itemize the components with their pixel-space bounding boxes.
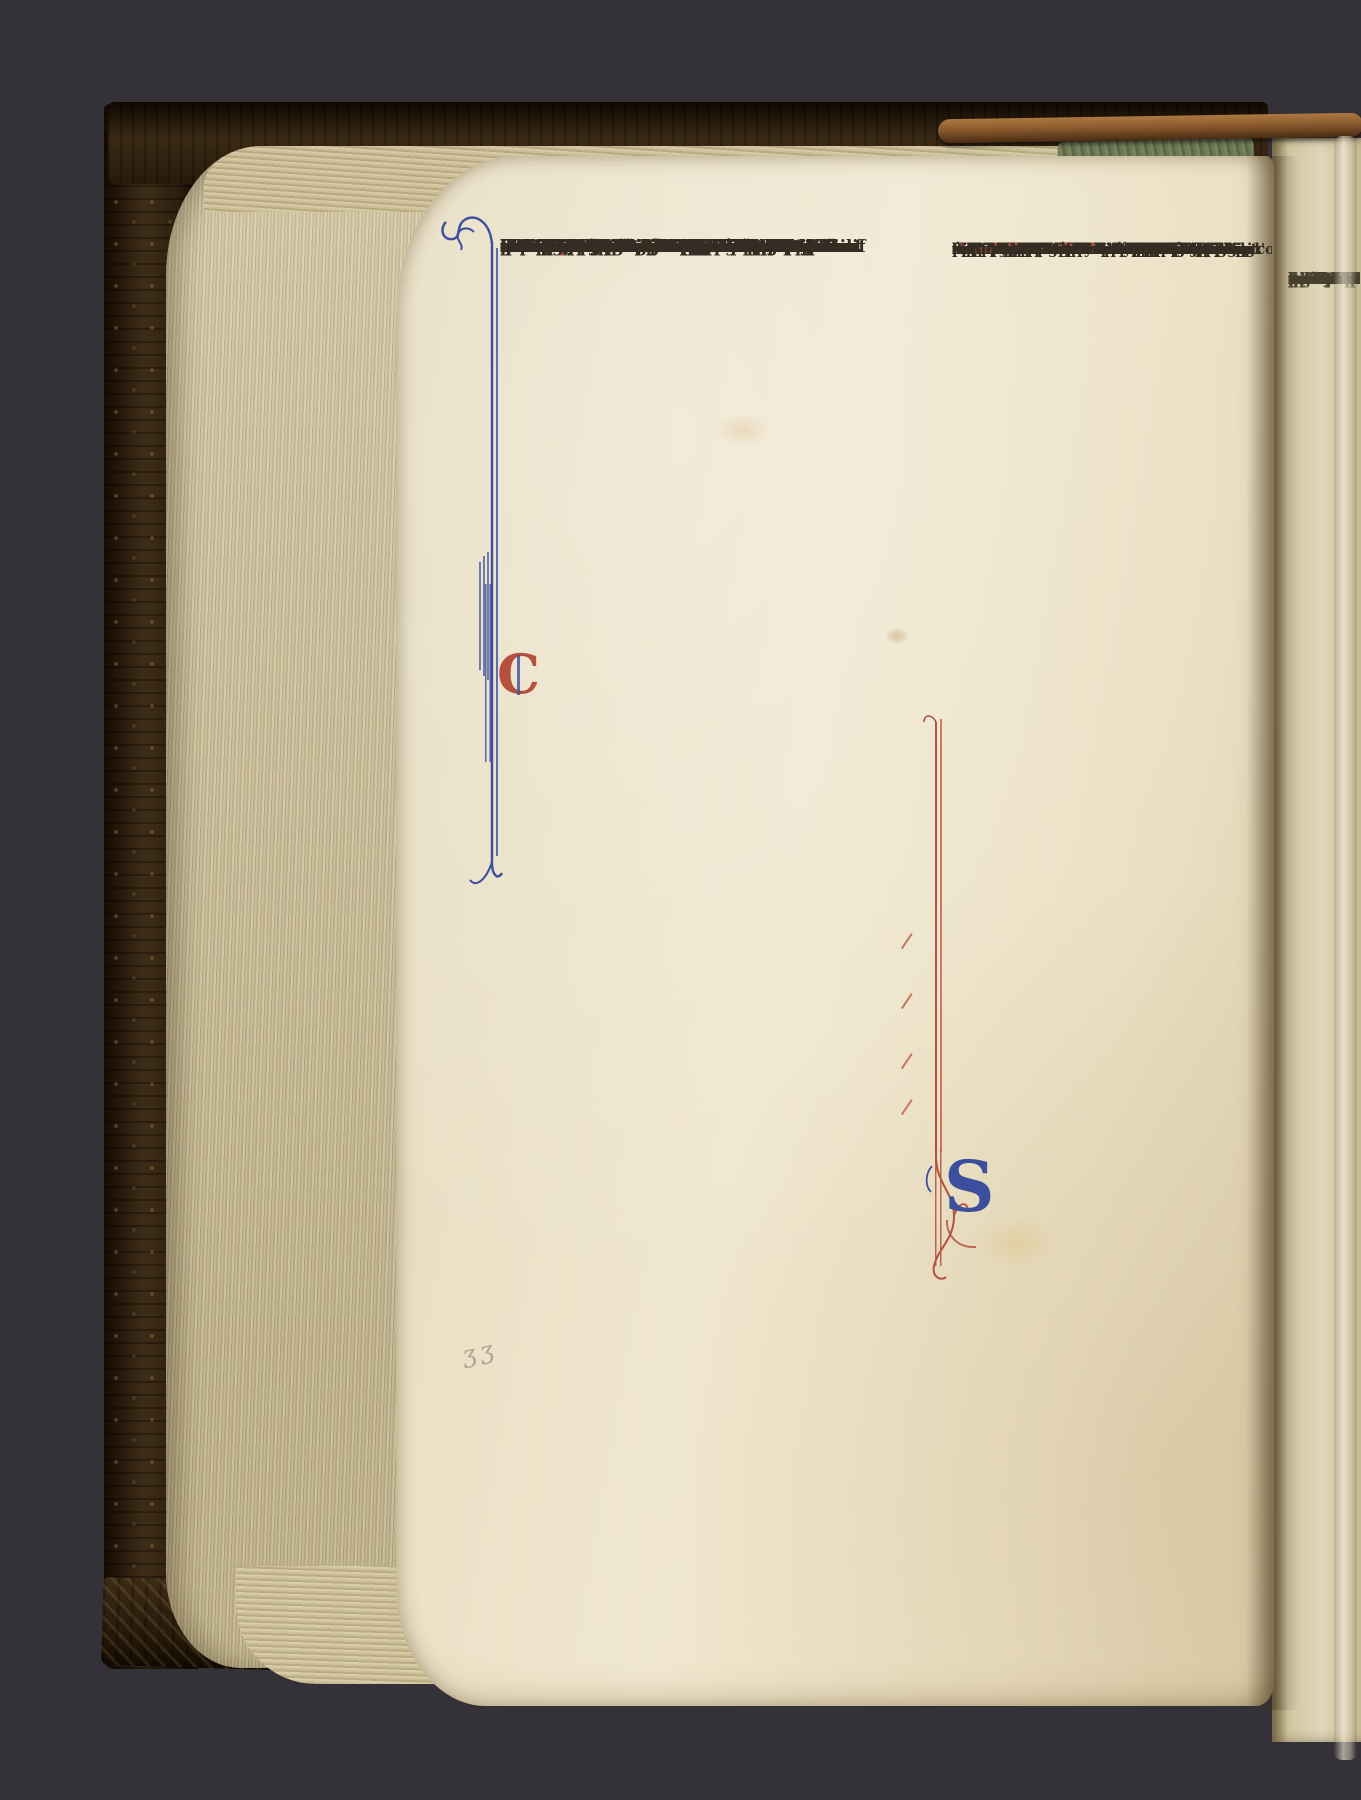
text-segment: fortare z esto robustus. Simile hr' xyxy=(952,238,1223,261)
text-segment: ad aggrediendu terribilia. uel xyxy=(500,236,778,257)
fore-edge-strap xyxy=(1334,136,1357,1760)
initial-c: C xyxy=(497,650,540,698)
right-text-column: sustinendum difficilia. z ale' fortitudo… xyxy=(952,238,1272,1324)
initial-s: S xyxy=(944,1156,995,1218)
manuscript-photograph: deut' xxinij formtudo. cohc' uuiaoñi uta… xyxy=(0,0,1361,1800)
left-text-column: p fortitudine.l. que attendit' circa eaq… xyxy=(500,236,924,1192)
blue-marginal-flourish xyxy=(434,204,506,914)
